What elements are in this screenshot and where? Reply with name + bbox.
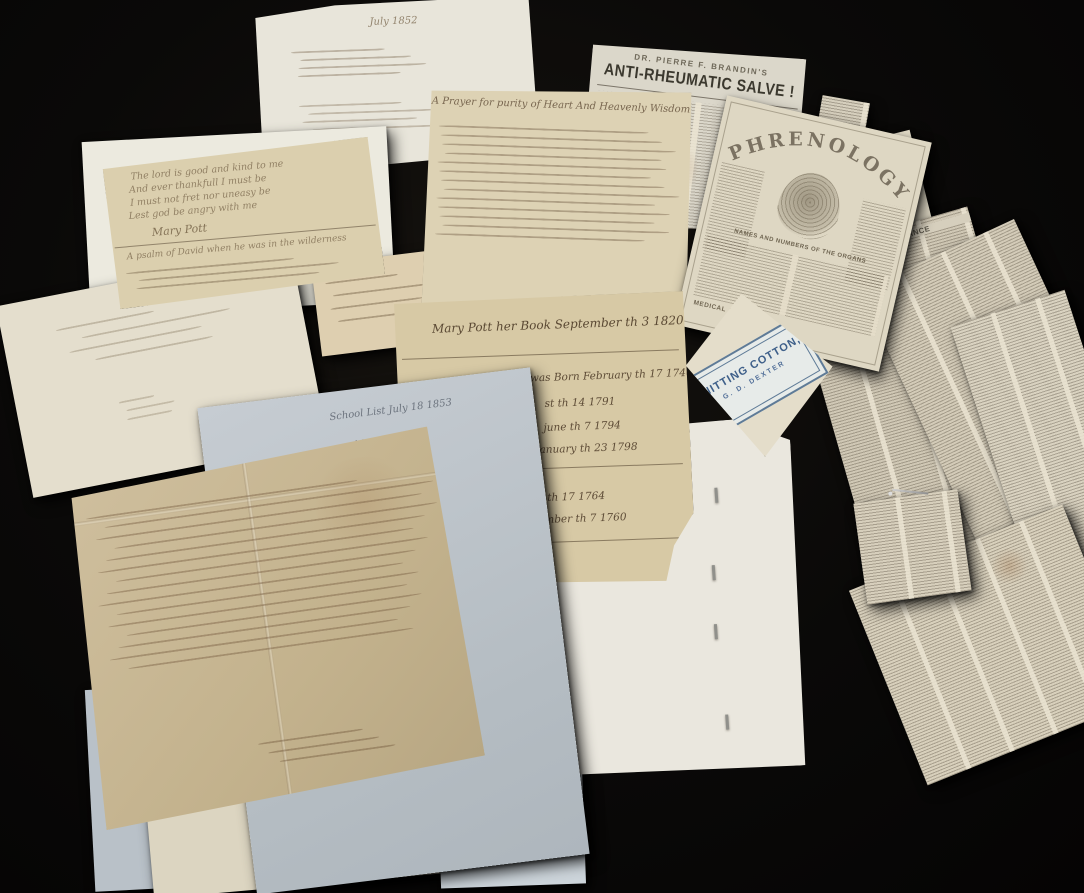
staple-4 — [725, 714, 729, 729]
staple-2 — [712, 565, 716, 580]
school-list-header: School List July 18 1853 — [329, 397, 453, 423]
pin-head — [888, 491, 893, 496]
record-entry-3: june th 7 1794 — [543, 419, 621, 434]
record-entry-4: january th 23 1798 — [536, 441, 638, 457]
prayer-title: A Prayer for purity of Heart And Heavenl… — [428, 95, 693, 115]
clipping-stain — [983, 540, 1035, 592]
record-entry-2: st th 14 1791 — [544, 395, 615, 409]
letter-body-writing — [85, 461, 447, 672]
poem-stanza-1 — [291, 39, 480, 78]
knitting-label-product: KNITTING COTTON, — [688, 331, 808, 407]
prayer-body-writing — [434, 118, 682, 243]
record-rule-1 — [402, 349, 679, 360]
staple-3 — [714, 624, 718, 639]
psalm-signature: Mary Pott — [151, 221, 207, 239]
prayer-manuscript: A Prayer for purity of Heart And Heavenl… — [421, 83, 694, 327]
letter-signature-block — [257, 708, 452, 764]
staple-1 — [714, 487, 718, 502]
pinned-newsprint-scrap — [853, 489, 971, 605]
poem-date-line: July 1852 — [369, 15, 417, 28]
family-record-title: Mary Pott her Book September th 3 1820 — [432, 313, 684, 336]
photo-of-document-collection: July 1852 DR. PIERRE F. BRANDIN'S ANTI-R… — [0, 0, 1084, 893]
